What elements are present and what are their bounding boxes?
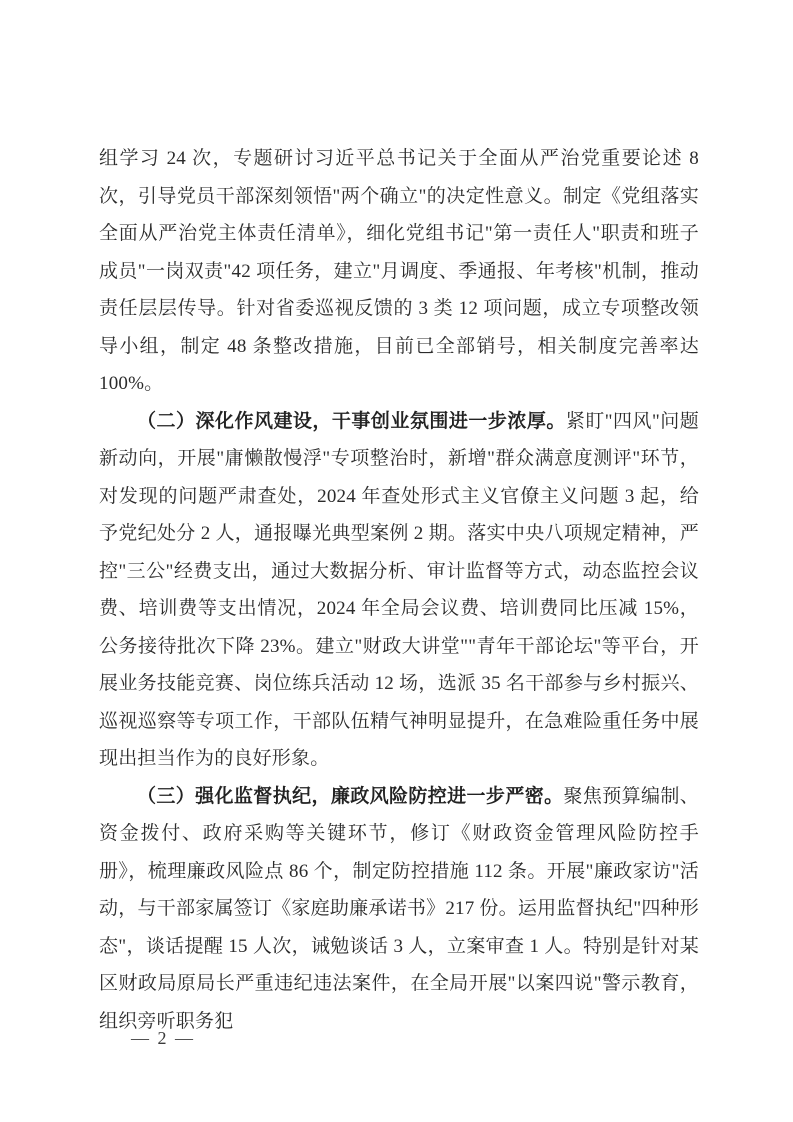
paragraph-continuation: 组学习 24 次，专题研讨习近平总书记关于全面从严治党重要论述 8 次，引导党员… bbox=[99, 140, 699, 403]
document-page: 组学习 24 次，专题研讨习近平总书记关于全面从严治党重要论述 8 次，引导党员… bbox=[0, 0, 793, 1122]
section-2-heading: （二）深化作风建设，干事创业氛围进一步浓厚。 bbox=[137, 411, 566, 432]
document-body: 组学习 24 次，专题研讨习近平总书记关于全面从严治党重要论述 8 次，引导党员… bbox=[99, 140, 699, 1040]
section-3-heading: （三）强化监督执纪，廉政风险防控进一步严密。 bbox=[137, 786, 563, 807]
page-footer: — 2 — bbox=[0, 1028, 793, 1058]
page-number: — 2 — bbox=[131, 1028, 195, 1049]
paragraph-continuation-text: 组学习 24 次，专题研讨习近平总书记关于全面从严治党重要论述 8 次，引导党员… bbox=[99, 148, 699, 394]
paragraph-section-2: （二）深化作风建设，干事创业氛围进一步浓厚。紧盯"四风"问题新动向，开展"庸懒散… bbox=[99, 403, 699, 778]
section-3-text: 聚焦预算编制、资金拨付、政府采购等关键环节，修订《财政资金管理风险防控手册》，梳… bbox=[99, 786, 699, 1032]
section-2-text: 紧盯"四风"问题新动向，开展"庸懒散慢浮"专项整治时，新增"群众满意度测评"环节… bbox=[99, 411, 699, 770]
paragraph-section-3: （三）强化监督执纪，廉政风险防控进一步严密。聚焦预算编制、资金拨付、政府采购等关… bbox=[99, 778, 699, 1041]
